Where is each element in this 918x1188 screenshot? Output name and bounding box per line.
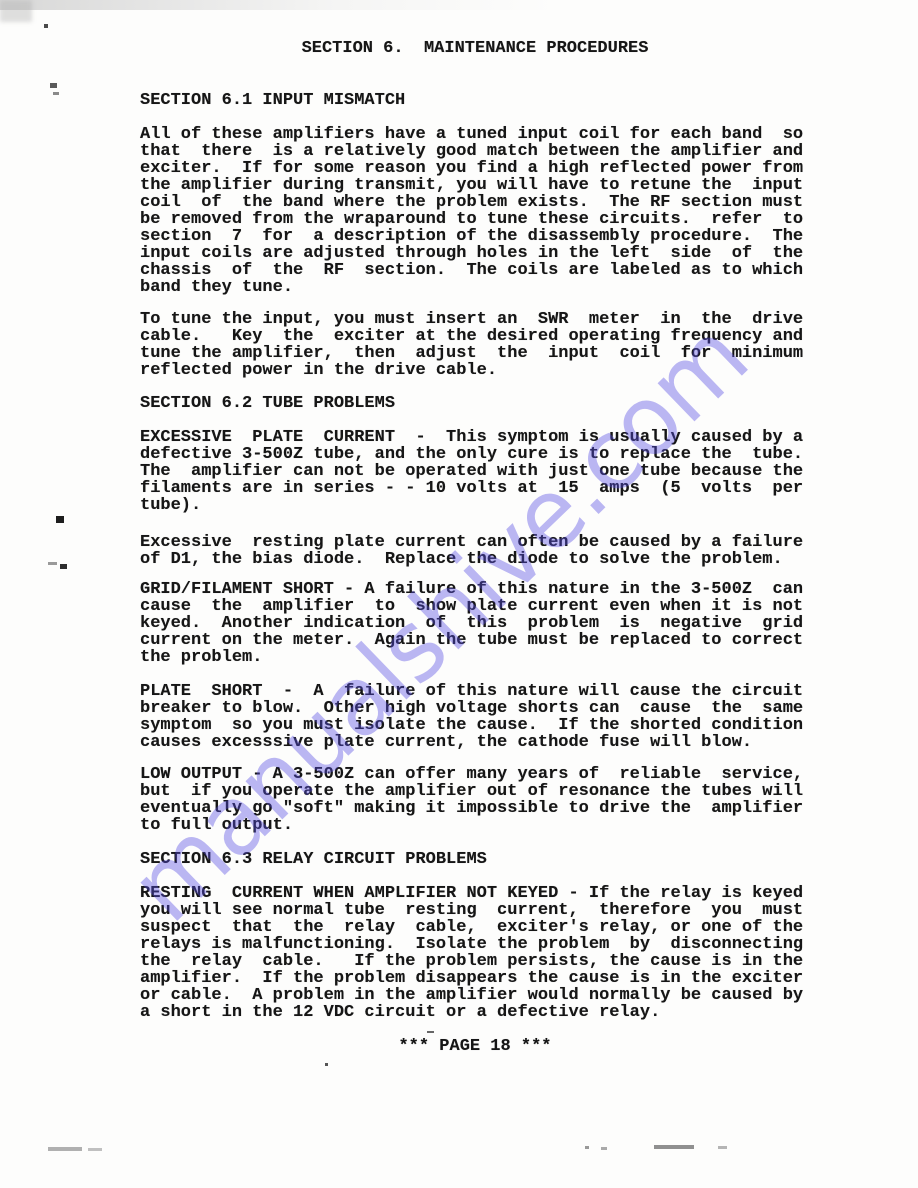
document-page: SECTION 6. MAINTENANCE PROCEDURES SECTIO… bbox=[0, 0, 918, 1188]
paragraph-plate-short: PLATE SHORT - A failure of this nature w… bbox=[140, 683, 810, 751]
scan-speck bbox=[427, 1031, 434, 1033]
scan-speck bbox=[48, 562, 57, 565]
section-heading-6-1: SECTION 6.1 INPUT MISMATCH bbox=[140, 92, 810, 109]
scan-speck bbox=[50, 83, 57, 88]
scan-corner-artifact bbox=[0, 0, 32, 22]
scan-speck bbox=[325, 1063, 328, 1066]
section-heading-6-2: SECTION 6.2 TUBE PROBLEMS bbox=[140, 395, 810, 412]
paragraph-input-mismatch-1: All of these amplifiers have a tuned inp… bbox=[140, 126, 810, 296]
paragraph-excessive-resting-current: Excessive resting plate current can ofte… bbox=[140, 534, 810, 568]
scan-dash bbox=[48, 1147, 82, 1151]
paragraph-excessive-plate-current: EXCESSIVE PLATE CURRENT - This symptom i… bbox=[140, 429, 810, 514]
scan-speck bbox=[60, 564, 67, 569]
scan-speck bbox=[44, 24, 48, 28]
page-title: SECTION 6. MAINTENANCE PROCEDURES bbox=[140, 40, 810, 57]
scan-dash bbox=[585, 1146, 589, 1149]
paragraph-grid-filament-short: GRID/FILAMENT SHORT - A failure of this … bbox=[140, 581, 810, 666]
paragraph-low-output: LOW OUTPUT - A 3-500Z can offer many yea… bbox=[140, 766, 810, 834]
page-number: *** PAGE 18 *** bbox=[140, 1038, 810, 1055]
scan-dash bbox=[88, 1148, 102, 1151]
section-heading-6-3: SECTION 6.3 RELAY CIRCUIT PROBLEMS bbox=[140, 851, 810, 868]
paragraph-input-mismatch-2: To tune the input, you must insert an SW… bbox=[140, 311, 810, 379]
page-content: SECTION 6. MAINTENANCE PROCEDURES SECTIO… bbox=[140, 0, 810, 1055]
scan-speck bbox=[56, 516, 64, 523]
scan-speck bbox=[53, 92, 59, 95]
scan-dash bbox=[654, 1145, 694, 1149]
paragraph-resting-current-not-keyed: RESTING CURRENT WHEN AMPLIFIER NOT KEYED… bbox=[140, 885, 810, 1021]
scan-dash bbox=[601, 1147, 607, 1150]
scan-dash bbox=[718, 1146, 727, 1149]
